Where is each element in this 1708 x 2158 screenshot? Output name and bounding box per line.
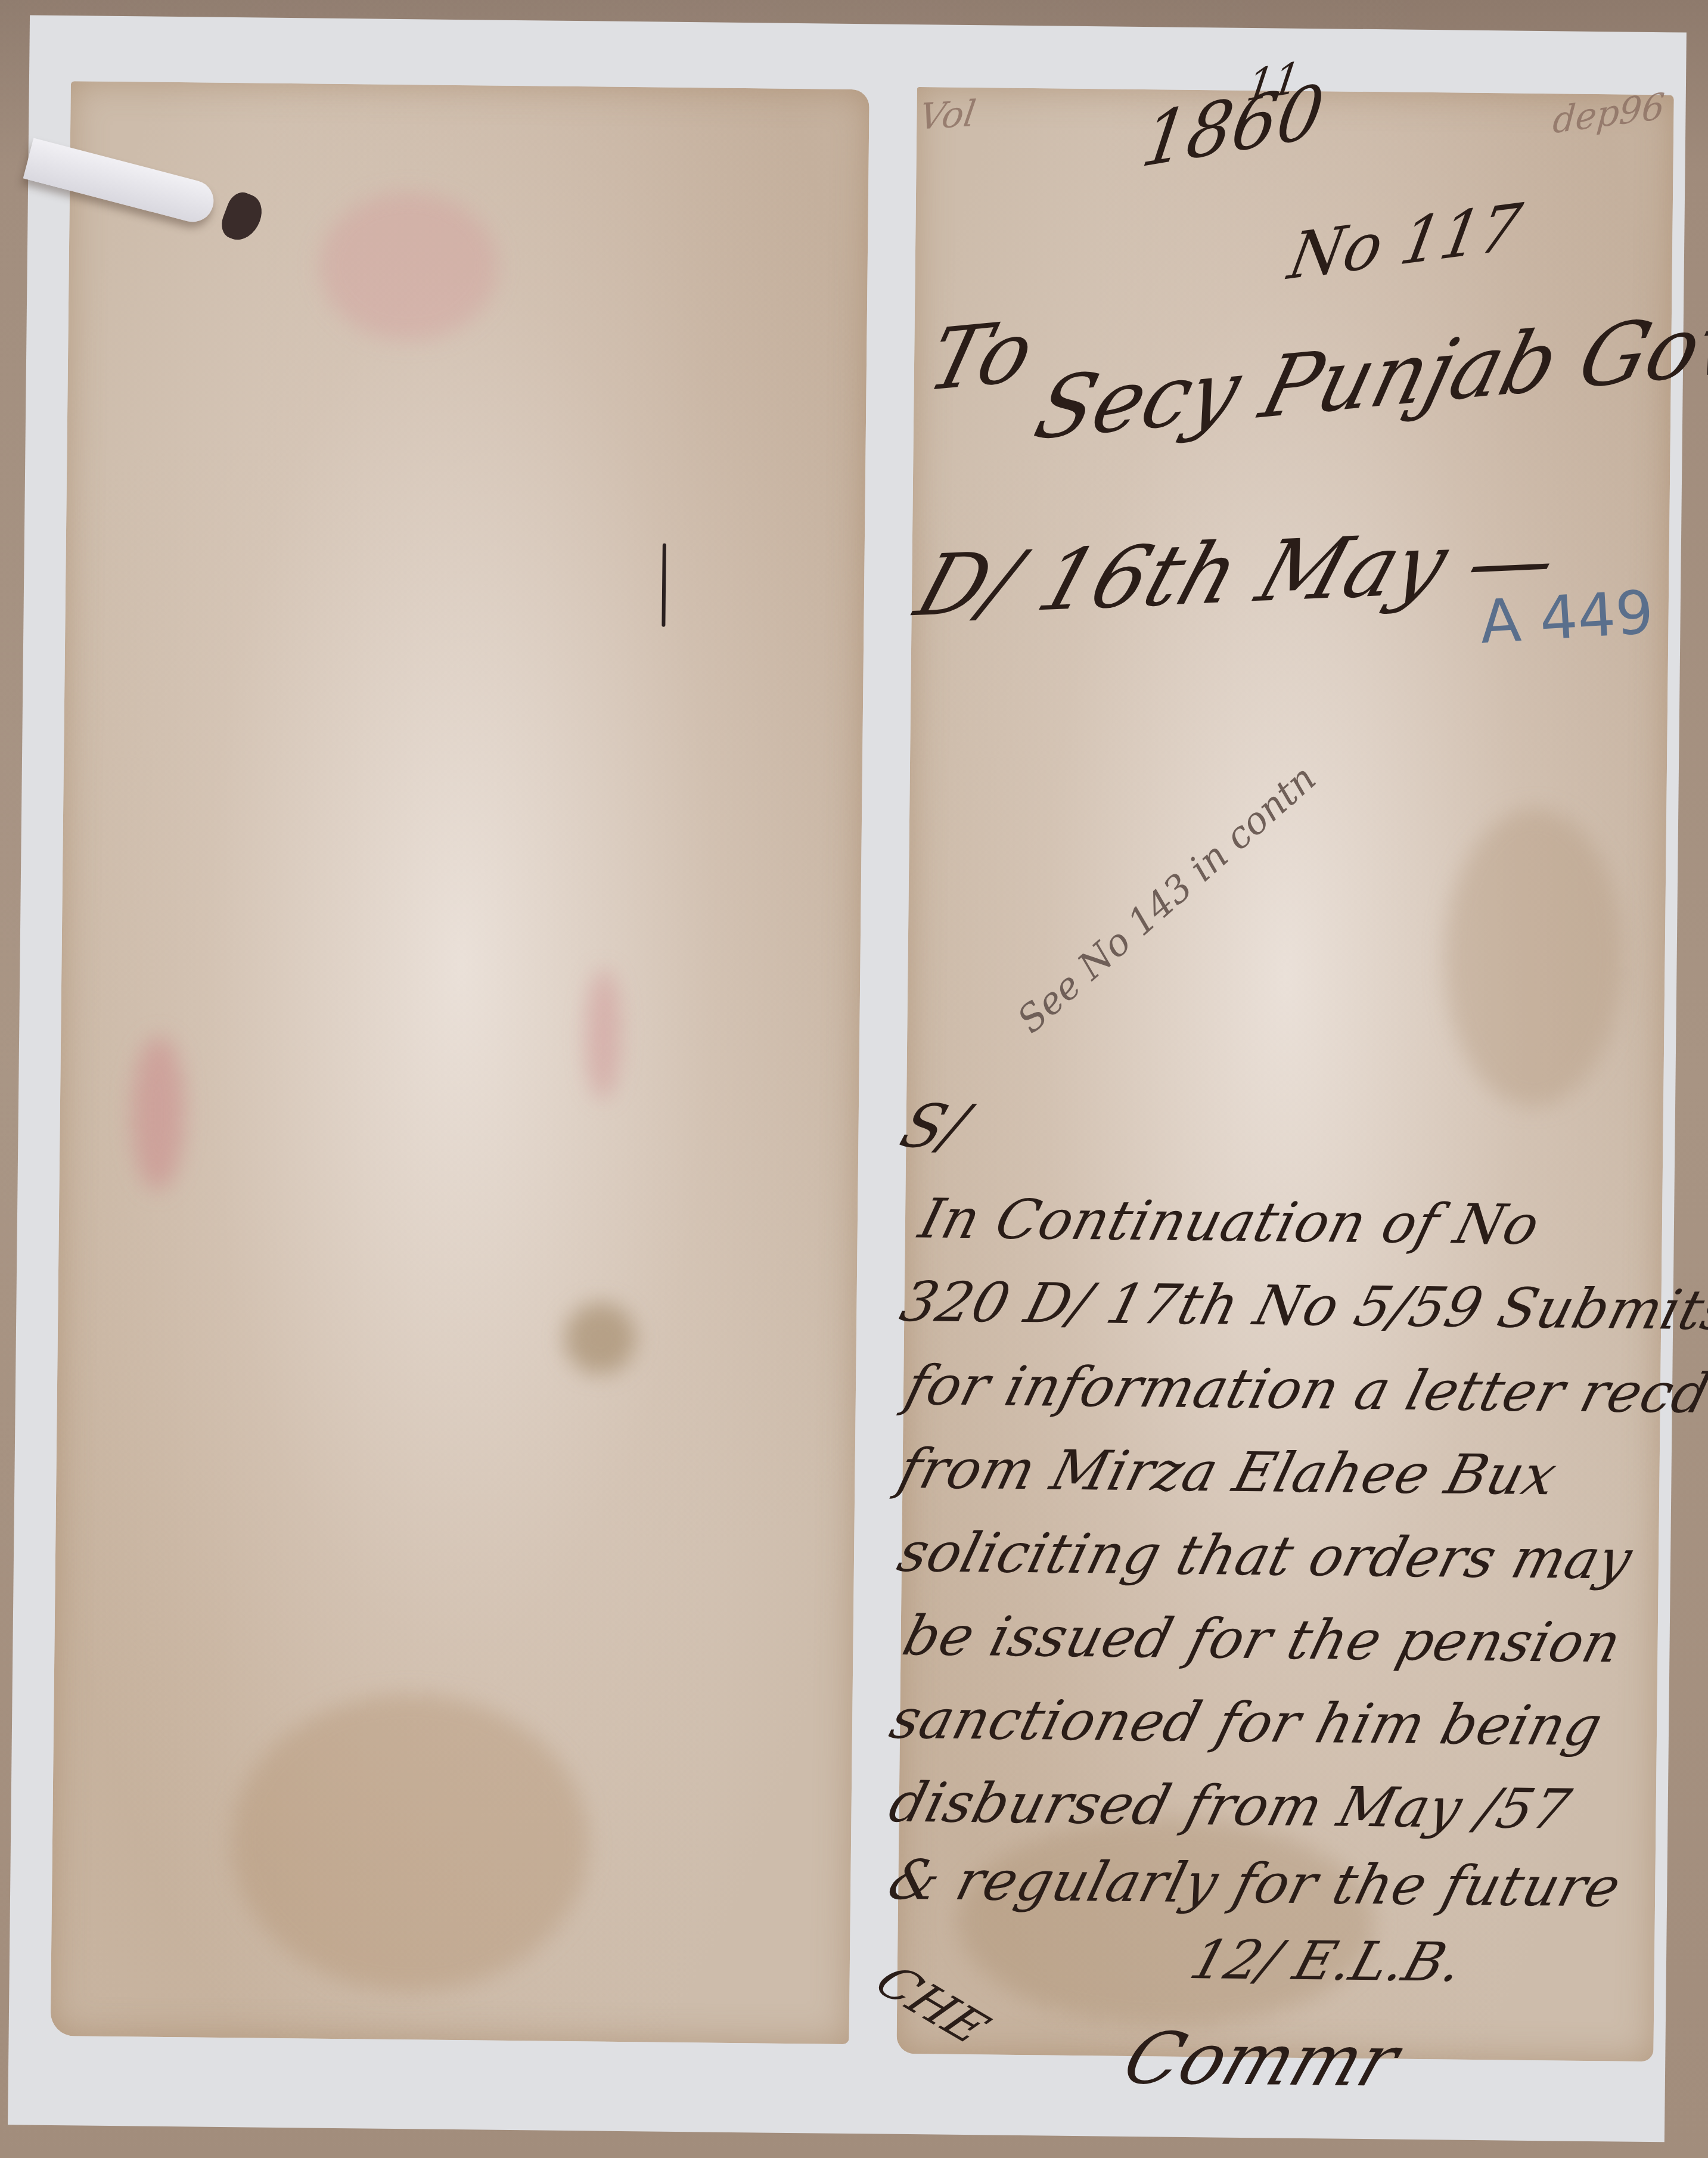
red-stain (131, 1035, 186, 1191)
body-line: soliciting that orders may (892, 1520, 1639, 1592)
water-stain (1443, 808, 1625, 1107)
body-line: sanctioned for him being (884, 1687, 1609, 1758)
corner-note-left: Vol (917, 93, 979, 138)
brown-spot (564, 1302, 636, 1374)
date-and-initials: 12/ E.L.B. (1183, 1929, 1470, 1994)
archive-reference: A 449 (1478, 577, 1656, 657)
year-superscript: 11 (1243, 52, 1303, 111)
mount-paper: Vol dep96 1860 11 No 117 To Secy Punjab … (8, 15, 1687, 2142)
body-line: from Mirza Elahee Bux (892, 1437, 1563, 1507)
body-line: be issued for the pension (896, 1604, 1628, 1675)
body-line: for information a letter recd (899, 1353, 1708, 1426)
red-stain (585, 968, 622, 1100)
left-document-panel (51, 81, 869, 2044)
red-stain (318, 191, 499, 342)
body-line: disbursed from May /57 (883, 1771, 1577, 1842)
signature: Commr (1113, 2017, 1409, 2103)
water-stain (957, 1816, 1376, 2029)
body-line: In Continuation of No (913, 1187, 1546, 1257)
body-line: 320 D/ 17th No 5/59 Submits (894, 1270, 1708, 1342)
water-stain (229, 1692, 590, 1994)
body-line: & regularly for the future (882, 1848, 1628, 1920)
